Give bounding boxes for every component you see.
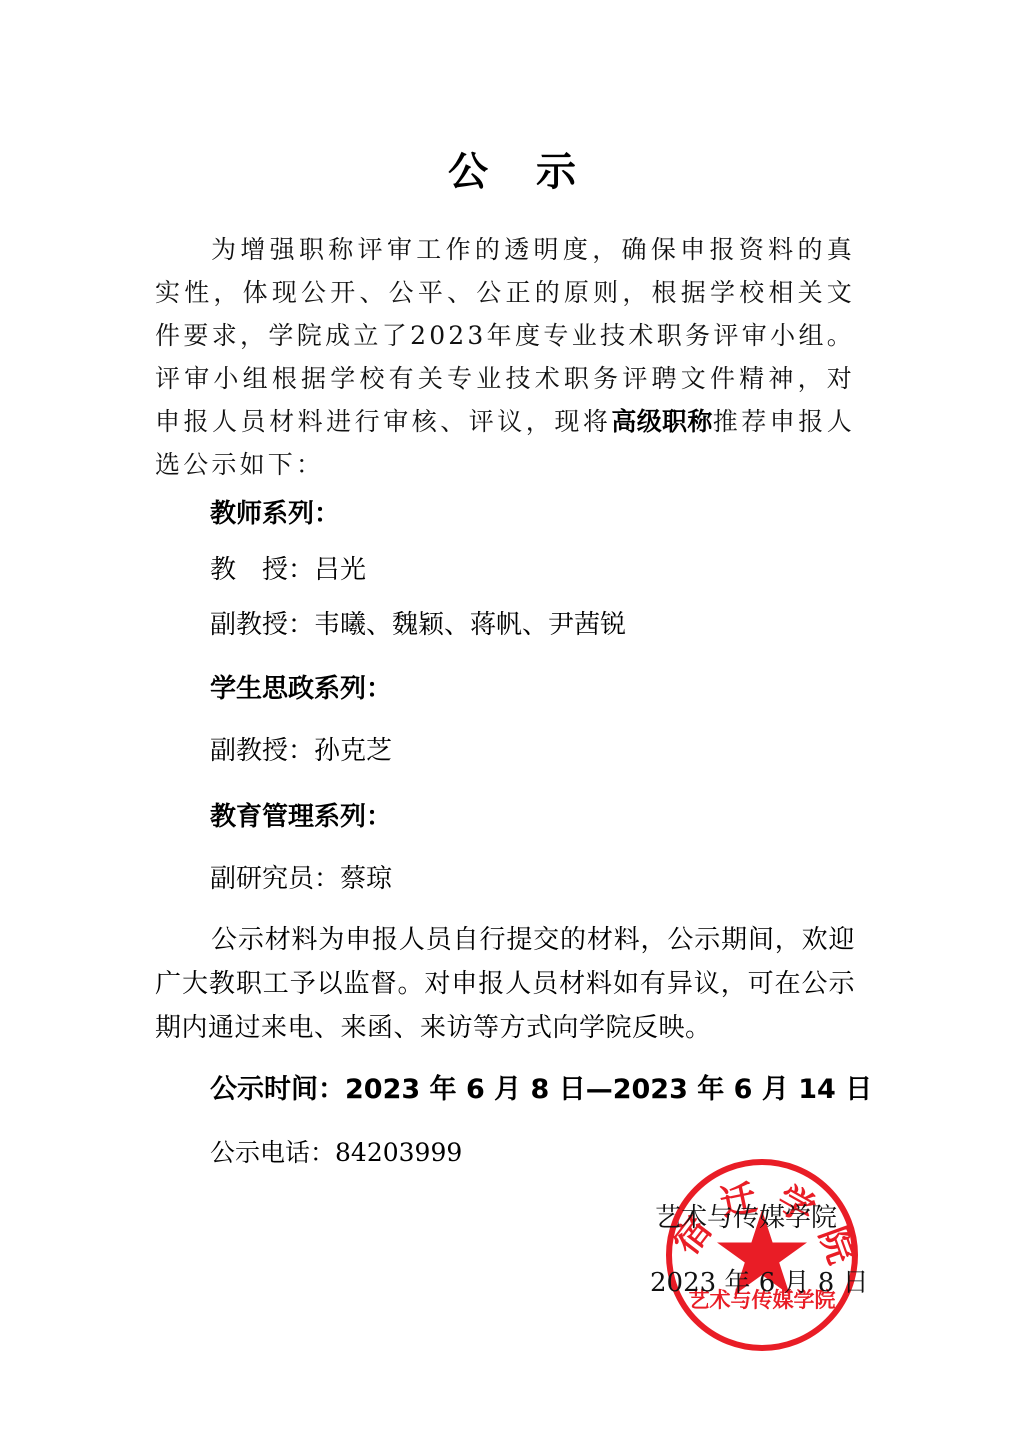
rank-label: 副教授： — [210, 610, 314, 640]
entry-student-associate-professor: 副教授：孙克芝 — [210, 730, 392, 767]
intro-highlight: 高级职称 — [611, 407, 712, 436]
period-label: 公示时间： — [210, 1074, 345, 1105]
intro-text-before: 为增强职称评审工作的透明度，确保申报资料的真实性，体现公开、公平、公正的原则，根… — [155, 235, 855, 436]
rank-label: 副教授： — [210, 736, 314, 766]
entry-professor: 教 授：吕光 — [210, 549, 366, 586]
signature-org: 艺术与传媒学院 — [655, 1197, 837, 1234]
candidate-names: 蔡琼 — [340, 864, 392, 894]
signature-date: 2023 年 6 月 8 日 — [650, 1262, 869, 1299]
section-heading-education-management: 教育管理系列： — [210, 796, 392, 833]
entry-associate-professor: 副教授：韦曦、魏颖、蒋帆、尹茜锐 — [210, 604, 626, 641]
candidate-names: 吕光 — [314, 555, 366, 585]
candidate-names: 韦曦、魏颖、蒋帆、尹茜锐 — [314, 610, 626, 640]
phone-value: 84203999 — [335, 1138, 462, 1167]
closing-paragraph: 公示材料为申报人员自行提交的材料，公示期间，欢迎广大教职工予以监督。对申报人员材… — [155, 918, 855, 1050]
official-seal: 宿迁学院 艺术与传媒学院 — [662, 1155, 862, 1355]
period-value: 2023 年 6 月 8 日—2023 年 6 月 14 日 — [345, 1074, 872, 1105]
publicity-period: 公示时间：2023 年 6 月 8 日—2023 年 6 月 14 日 — [210, 1067, 872, 1106]
section-heading-student-affairs: 学生思政系列： — [210, 668, 392, 705]
notice-title: 公示 — [0, 140, 1024, 197]
intro-paragraph: 为增强职称评审工作的透明度，确保申报资料的真实性，体现公开、公平、公正的原则，根… — [155, 228, 855, 486]
rank-label: 教 授： — [210, 555, 314, 585]
rank-label: 副研究员： — [210, 864, 340, 894]
publicity-phone: 公示电话：84203999 — [210, 1133, 462, 1169]
entry-associate-researcher: 副研究员：蔡琼 — [210, 858, 392, 895]
phone-label: 公示电话： — [210, 1138, 335, 1167]
section-heading-teacher: 教师系列： — [210, 493, 340, 530]
candidate-names: 孙克芝 — [314, 736, 392, 766]
